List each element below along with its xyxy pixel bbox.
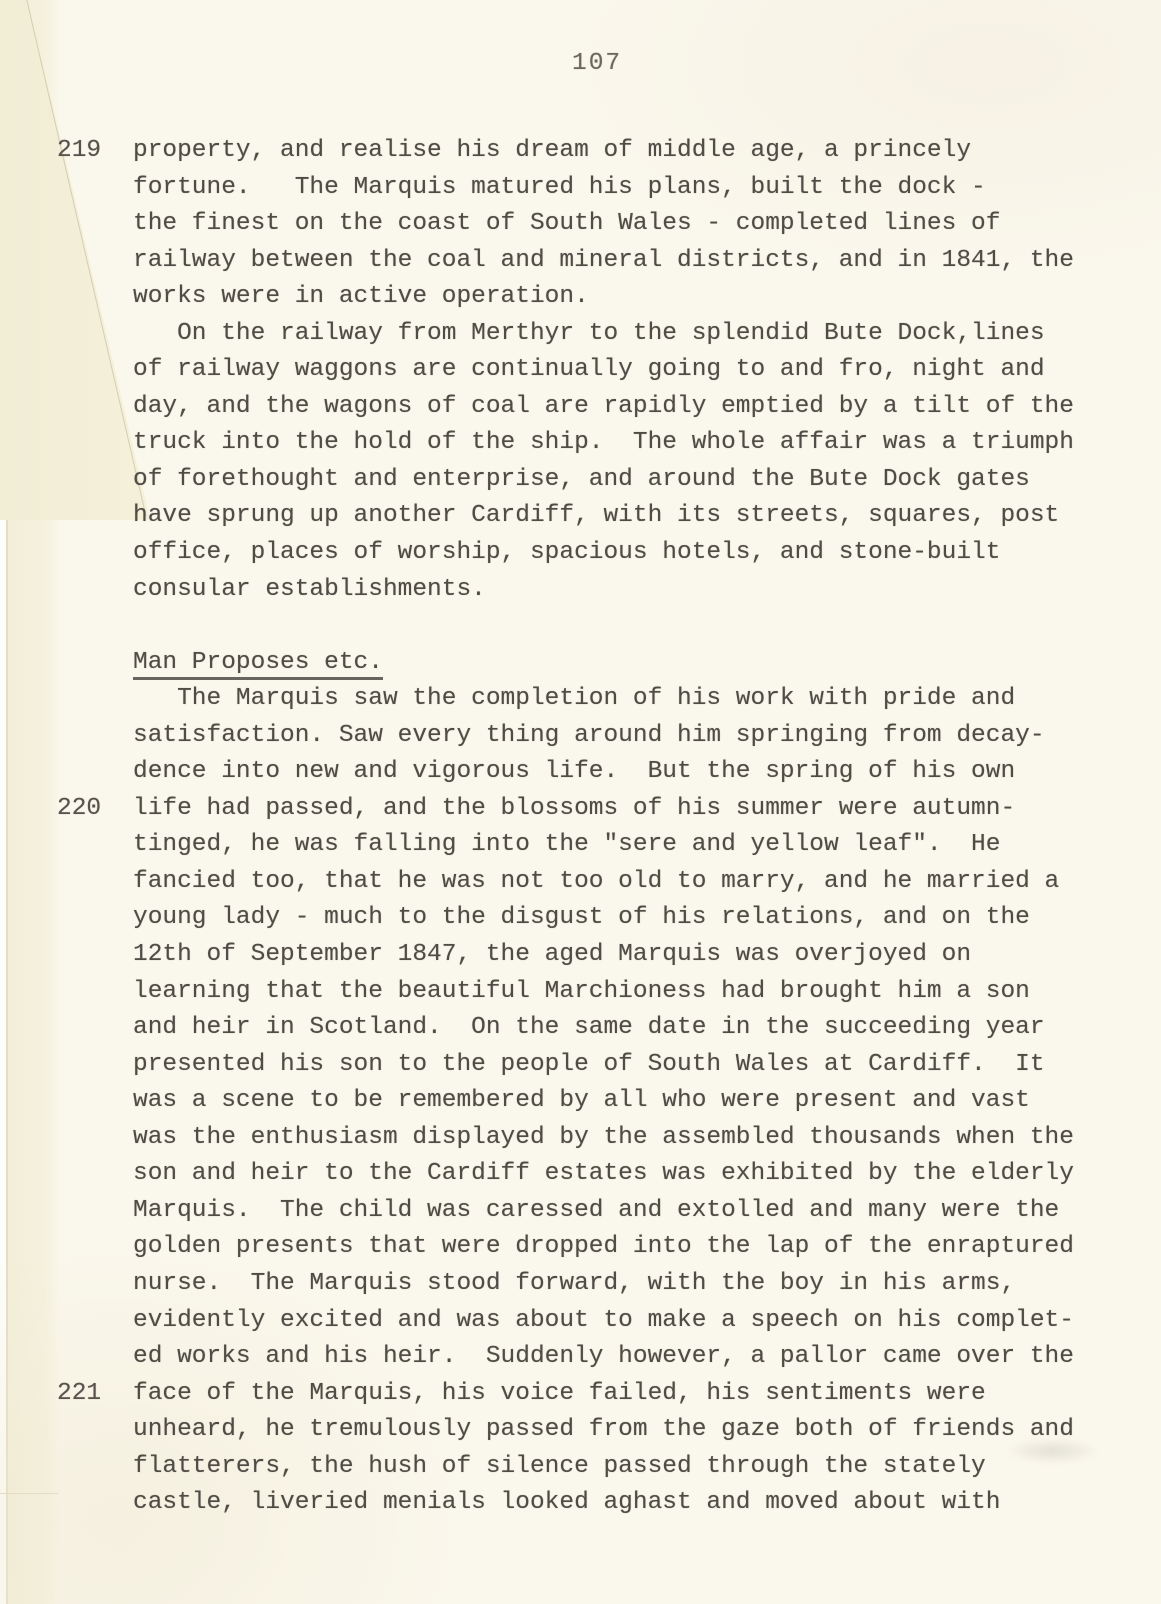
text-line: satisfaction. Saw every thing around him…	[0, 718, 1161, 755]
text-line: golden presents that were dropped into t…	[0, 1229, 1161, 1266]
line-text: truck into the hold of the ship. The who…	[133, 429, 1074, 456]
line-text: of forethought and enterprise, and aroun…	[133, 466, 1030, 493]
text-line: flatterers, the hush of silence passed t…	[0, 1449, 1161, 1486]
line-text: have sprung up another Cardiff, with its…	[133, 502, 1059, 529]
page-number: 107	[572, 50, 622, 77]
text-line: 219property, and realise his dream of mi…	[0, 133, 1161, 170]
line-text: dence into new and vigorous life. But th…	[133, 758, 1015, 785]
line-text: office, places of worship, spacious hote…	[133, 539, 1000, 566]
text-line: dence into new and vigorous life. But th…	[0, 754, 1161, 791]
text-line: of forethought and enterprise, and aroun…	[0, 462, 1161, 499]
text-line: have sprung up another Cardiff, with its…	[0, 498, 1161, 535]
line-text: 12th of September 1847, the aged Marquis…	[133, 941, 971, 968]
text-line: tinged, he was falling into the "sere an…	[0, 827, 1161, 864]
text-line: The Marquis saw the completion of his wo…	[0, 681, 1161, 718]
text-line: castle, liveried menials looked aghast a…	[0, 1485, 1161, 1522]
text-line: consular establishments.	[0, 572, 1161, 609]
line-text: face of the Marquis, his voice failed, h…	[133, 1380, 986, 1407]
text-line: evidently excited and was about to make …	[0, 1303, 1161, 1340]
section-heading-text: Man Proposes etc.	[133, 649, 383, 680]
margin-number: 219	[0, 133, 133, 170]
text-line: works were in active operation.	[0, 279, 1161, 316]
text-line: On the railway from Merthyr to the splen…	[0, 316, 1161, 353]
text-line: presented his son to the people of South…	[0, 1047, 1161, 1084]
margin-number: 221	[0, 1376, 133, 1413]
line-text: of railway waggons are continually going…	[133, 356, 1045, 383]
line-text: presented his son to the people of South…	[133, 1051, 1045, 1078]
line-text: young lady - much to the disgust of his …	[133, 904, 1030, 931]
blank-line	[0, 608, 1161, 645]
text-line: son and heir to the Cardiff estates was …	[0, 1156, 1161, 1193]
line-text: fancied too, that he was not too old to …	[133, 868, 1059, 895]
text-line: ed works and his heir. Suddenly however,…	[0, 1339, 1161, 1376]
text-line: day, and the wagons of coal are rapidly …	[0, 389, 1161, 426]
text-line: Marquis. The child was caressed and exto…	[0, 1193, 1161, 1230]
text-line: of railway waggons are continually going…	[0, 352, 1161, 389]
line-text: property, and realise his dream of middl…	[133, 137, 971, 164]
line-text: life had passed, and the blossoms of his…	[133, 795, 1015, 822]
text-line: learning that the beautiful Marchioness …	[0, 974, 1161, 1011]
section-heading-line: Man Proposes etc.	[0, 645, 1161, 682]
text-line: railway between the coal and mineral dis…	[0, 243, 1161, 280]
line-text: castle, liveried menials looked aghast a…	[133, 1489, 1000, 1516]
text-line: was a scene to be remembered by all who …	[0, 1083, 1161, 1120]
line-text: ed works and his heir. Suddenly however,…	[133, 1343, 1074, 1370]
text-line: 220life had passed, and the blossoms of …	[0, 791, 1161, 828]
margin-number: 220	[0, 791, 133, 828]
line-text: Marquis. The child was caressed and exto…	[133, 1197, 1059, 1224]
text-line: fortune. The Marquis matured his plans, …	[0, 170, 1161, 207]
line-text: learning that the beautiful Marchioness …	[133, 978, 1030, 1005]
line-text: satisfaction. Saw every thing around him…	[133, 722, 1045, 749]
line-text: consular establishments.	[133, 576, 486, 603]
line-text: works were in active operation.	[133, 283, 589, 310]
line-text: was the enthusiasm displayed by the asse…	[133, 1124, 1074, 1151]
text-line: was the enthusiasm displayed by the asse…	[0, 1120, 1161, 1157]
text-line: young lady - much to the disgust of his …	[0, 900, 1161, 937]
text-line: fancied too, that he was not too old to …	[0, 864, 1161, 901]
line-text: nurse. The Marquis stood forward, with t…	[133, 1270, 1015, 1297]
text-line: 221face of the Marquis, his voice failed…	[0, 1376, 1161, 1413]
line-text: and heir in Scotland. On the same date i…	[133, 1014, 1045, 1041]
text-line: 12th of September 1847, the aged Marquis…	[0, 937, 1161, 974]
text-line: office, places of worship, spacious hote…	[0, 535, 1161, 572]
line-text: fortune. The Marquis matured his plans, …	[133, 174, 986, 201]
line-text: On the railway from Merthyr to the splen…	[133, 320, 1045, 347]
line-text: unheard, he tremulously passed from the …	[133, 1416, 1074, 1443]
text-line: nurse. The Marquis stood forward, with t…	[0, 1266, 1161, 1303]
line-text: day, and the wagons of coal are rapidly …	[133, 393, 1074, 420]
line-text: son and heir to the Cardiff estates was …	[133, 1160, 1074, 1187]
text-line: the finest on the coast of South Wales -…	[0, 206, 1161, 243]
line-text: the finest on the coast of South Wales -…	[133, 210, 1000, 237]
line-text: The Marquis saw the completion of his wo…	[133, 685, 1015, 712]
line-text: evidently excited and was about to make …	[133, 1307, 1074, 1334]
line-text: railway between the coal and mineral dis…	[133, 247, 1074, 274]
text-line: unheard, he tremulously passed from the …	[0, 1412, 1161, 1449]
text-line: truck into the hold of the ship. The who…	[0, 425, 1161, 462]
line-text: was a scene to be remembered by all who …	[133, 1087, 1030, 1114]
line-text: tinged, he was falling into the "sere an…	[133, 831, 1000, 858]
typed-lines: 219property, and realise his dream of mi…	[0, 133, 1161, 1522]
line-text: flatterers, the hush of silence passed t…	[133, 1453, 986, 1480]
line-text: golden presents that were dropped into t…	[133, 1233, 1074, 1260]
text-line: and heir in Scotland. On the same date i…	[0, 1010, 1161, 1047]
